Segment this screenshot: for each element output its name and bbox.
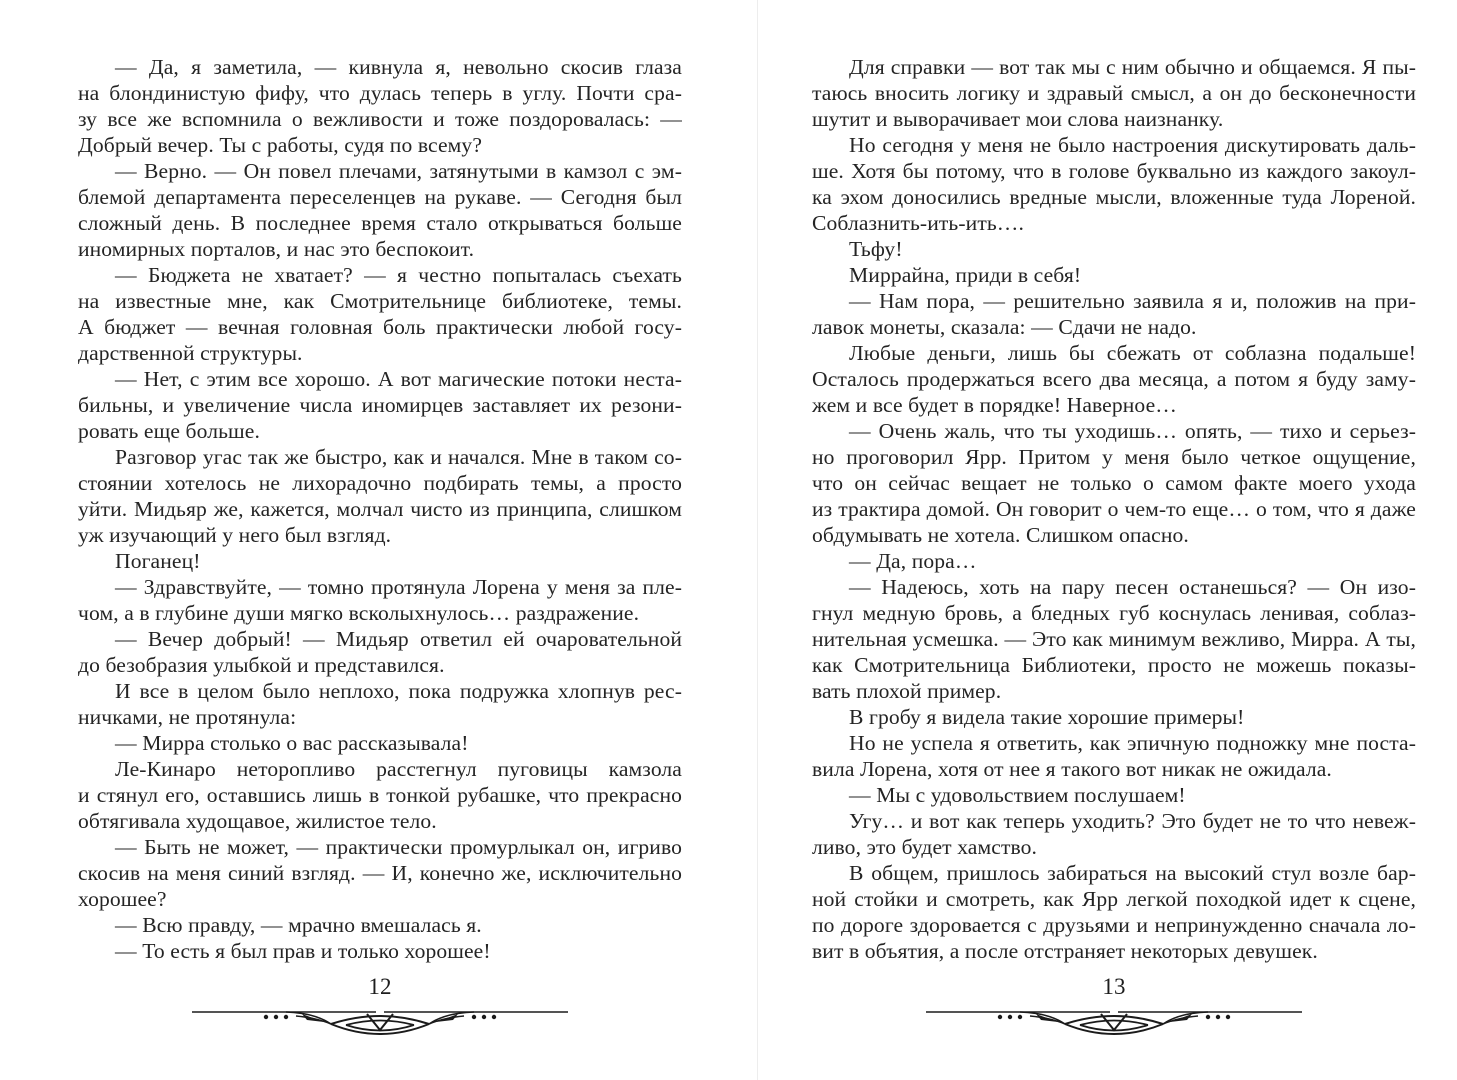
text-line: — Всю правду, — мрачно вмешалась я. xyxy=(78,912,682,938)
paragraph: — То есть я был прав и только хорошее! xyxy=(78,938,682,964)
text-line: В общем, пришлось забираться на высокий … xyxy=(812,860,1416,886)
text-line: зу все же вспомнила о вежливости и тоже … xyxy=(78,106,682,132)
text-line: по дороге здоровается с друзьями и непри… xyxy=(812,912,1416,938)
page-left: — Да, я заметила, — кивнула я, невольно … xyxy=(78,54,682,1045)
text-line: чом, а в глубине души мягко всколыхнулос… xyxy=(78,600,682,626)
paragraph: — Здравствуйте, — томно протянула Лорена… xyxy=(78,574,682,626)
text-line: блемой департамента переселенцев на рука… xyxy=(78,184,682,210)
paragraph: — Быть не может, — практически промурлык… xyxy=(78,834,682,912)
text-line: — Мирра столько о вас рассказывала! xyxy=(78,730,682,756)
text-line: — Бюджета не хватает? — я честно попытал… xyxy=(78,262,682,288)
text-line: Миррайна, приди в себя! xyxy=(812,262,1416,288)
text-line: ной стойки и смотреть, как Ярр легкой по… xyxy=(812,886,1416,912)
paragraph: В гробу я видела такие хорошие примеры! xyxy=(812,704,1416,730)
text-line: Добрый вечер. Ты с работы, судя по всему… xyxy=(78,132,682,158)
paragraph: — Мирра столько о вас рассказывала! xyxy=(78,730,682,756)
text-line: нительная усмешка. — Это как минимум веж… xyxy=(812,626,1416,652)
text-line: скосив на меня синий взгляд. — И, конечн… xyxy=(78,860,682,886)
text-line: из трактира домой. Он говорит о чем-то е… xyxy=(812,496,1416,522)
text-line: ливо, это будет хамство. xyxy=(812,834,1416,860)
text-line: Осталось продержаться всего два месяца, … xyxy=(812,366,1416,392)
text-line: В гробу я видела такие хорошие примеры! xyxy=(812,704,1416,730)
paragraph: — Да, я заметила, — кивнула я, невольно … xyxy=(78,54,682,158)
text-line: — Верно. — Он повел плечами, затянутыми … xyxy=(78,158,682,184)
text-line: Тьфу! xyxy=(812,236,1416,262)
paragraph: — Нам пора, — решительно заявила я и, по… xyxy=(812,288,1416,340)
paragraph: Тьфу! xyxy=(812,236,1416,262)
text-line: А бюджет — вечная головная боль практиче… xyxy=(78,314,682,340)
text-line: ровать еще больше. xyxy=(78,418,682,444)
paragraph: Угу… и вот как теперь уходить? Это будет… xyxy=(812,808,1416,860)
text-line: Разговор угас так же быстро, как и начал… xyxy=(78,444,682,470)
paragraph: Для справки — вот так мы с ним обычно и … xyxy=(812,54,1416,132)
text-line: — Надеюсь, хоть на пару песен останешься… xyxy=(812,574,1416,600)
text-line: как Смотрительница Библиотеки, просто не… xyxy=(812,652,1416,678)
footer-knot-ornament-icon xyxy=(190,1003,570,1045)
page-number-right: 13 xyxy=(812,974,1416,1000)
text-line: на блондинистую фифу, что дулась теперь … xyxy=(78,80,682,106)
text-line: Ле-Кинаро неторопливо расстегнул пуговиц… xyxy=(78,756,682,782)
text-line: лавок монеты, сказала: — Сдачи не надо. xyxy=(812,314,1416,340)
text-line: — Мы с удовольствием послушаем! xyxy=(812,782,1416,808)
paragraph: Но не успела я ответить, как эпичную под… xyxy=(812,730,1416,782)
paragraph: Любые деньги, лишь бы сбежать от соблазн… xyxy=(812,340,1416,418)
text-line: — Да, пора… xyxy=(812,548,1416,574)
text-line: что он сейчас вещает не только о самом ф… xyxy=(812,470,1416,496)
text-line: Угу… и вот как теперь уходить? Это будет… xyxy=(812,808,1416,834)
text-line: ничками, не протянула: xyxy=(78,704,682,730)
text-line: Поганец! xyxy=(78,548,682,574)
text-line: и стянул его, оставшись лишь в тонкой ру… xyxy=(78,782,682,808)
text-line: — То есть я был прав и только хорошее! xyxy=(78,938,682,964)
text-line: ше. Хотя бы потому, что в голове букваль… xyxy=(812,158,1416,184)
page-right: Для справки — вот так мы с ним обычно и … xyxy=(812,54,1416,1045)
text-line: — Быть не может, — практически промурлык… xyxy=(78,834,682,860)
paragraph: Миррайна, приди в себя! xyxy=(812,262,1416,288)
text-line: вит в объятия, а после отстраняет некото… xyxy=(812,938,1416,964)
text-line: на известные мне, как Смотрительнице биб… xyxy=(78,288,682,314)
paragraph: Разговор угас так же быстро, как и начал… xyxy=(78,444,682,548)
page-right-text-block: Для справки — вот так мы с ним обычно и … xyxy=(812,54,1416,964)
text-line: до безобразия улыбкой и представился. xyxy=(78,652,682,678)
paragraph: В общем, пришлось забираться на высокий … xyxy=(812,860,1416,964)
text-line: шутит и выворачивает мои слова наизнанку… xyxy=(812,106,1416,132)
page-gutter-divider xyxy=(757,0,758,1080)
text-line: вать плохой пример. xyxy=(812,678,1416,704)
text-line: иномирных порталов, и нас это беспокоит. xyxy=(78,236,682,262)
paragraph: — Верно. — Он повел плечами, затянутыми … xyxy=(78,158,682,262)
text-line: уж изучающий у него был взгляд. xyxy=(78,522,682,548)
text-line: но проговорил Ярр. Притом у меня было че… xyxy=(812,444,1416,470)
text-line: — Вечер добрый! — Мидьяр ответил ей очар… xyxy=(78,626,682,652)
text-line: таюсь вносить логику и здравый смысл, а … xyxy=(812,80,1416,106)
paragraph: Но сегодня у меня не было настроения дис… xyxy=(812,132,1416,236)
footer-knot-ornament-icon xyxy=(924,1003,1304,1045)
text-line: сложный день. В последнее время стало от… xyxy=(78,210,682,236)
paragraph: И все в целом было неплохо, пока подружк… xyxy=(78,678,682,730)
page-number-left: 12 xyxy=(78,974,682,1000)
paragraph: — Очень жаль, что ты уходишь… опять, — т… xyxy=(812,418,1416,548)
text-line: Любые деньги, лишь бы сбежать от соблазн… xyxy=(812,340,1416,366)
text-line: Соблазнить-ить-ить…. xyxy=(812,210,1416,236)
text-line: жем и все будет в порядке! Наверное… xyxy=(812,392,1416,418)
text-line: Но сегодня у меня не было настроения дис… xyxy=(812,132,1416,158)
paragraph: — Всю правду, — мрачно вмешалась я. xyxy=(78,912,682,938)
text-line: бильны, и увеличение числа иномирцев зас… xyxy=(78,392,682,418)
page-left-footer: 12 xyxy=(78,974,682,1045)
paragraph: — Вечер добрый! — Мидьяр ответил ей очар… xyxy=(78,626,682,678)
text-line: уйти. Мидьяр же, кажется, молчал чисто и… xyxy=(78,496,682,522)
text-line: хорошее? xyxy=(78,886,682,912)
paragraph: — Нет, с этим все хорошо. А вот магическ… xyxy=(78,366,682,444)
text-line: обдумывать не хотела. Слишком опасно. xyxy=(812,522,1416,548)
page-right-footer: 13 xyxy=(812,974,1416,1045)
text-line: — Да, я заметила, — кивнула я, невольно … xyxy=(78,54,682,80)
paragraph: Поганец! xyxy=(78,548,682,574)
text-line: вила Лорена, хотя от нее я такого вот ни… xyxy=(812,756,1416,782)
paragraph: Ле-Кинаро неторопливо расстегнул пуговиц… xyxy=(78,756,682,834)
paragraph: — Надеюсь, хоть на пару песен останешься… xyxy=(812,574,1416,704)
page-left-text-block: — Да, я заметила, — кивнула я, невольно … xyxy=(78,54,682,964)
text-line: Но не успела я ответить, как эпичную под… xyxy=(812,730,1416,756)
paragraph: — Мы с удовольствием послушаем! xyxy=(812,782,1416,808)
text-line: — Нам пора, — решительно заявила я и, по… xyxy=(812,288,1416,314)
text-line: — Очень жаль, что ты уходишь… опять, — т… xyxy=(812,418,1416,444)
text-line: стоянии хотелось не лихорадочно подбират… xyxy=(78,470,682,496)
text-line: — Нет, с этим все хорошо. А вот магическ… xyxy=(78,366,682,392)
text-line: Для справки — вот так мы с ним обычно и … xyxy=(812,54,1416,80)
text-line: ка эхом доносились вредные мысли, вложен… xyxy=(812,184,1416,210)
text-line: И все в целом было неплохо, пока подружк… xyxy=(78,678,682,704)
paragraph: — Да, пора… xyxy=(812,548,1416,574)
text-line: дарственной структуры. xyxy=(78,340,682,366)
text-line: — Здравствуйте, — томно протянула Лорена… xyxy=(78,574,682,600)
paragraph: — Бюджета не хватает? — я честно попытал… xyxy=(78,262,682,366)
text-line: обтягивала худощавое, жилистое тело. xyxy=(78,808,682,834)
text-line: гнул медную бровь, а бледных губ коснула… xyxy=(812,600,1416,626)
